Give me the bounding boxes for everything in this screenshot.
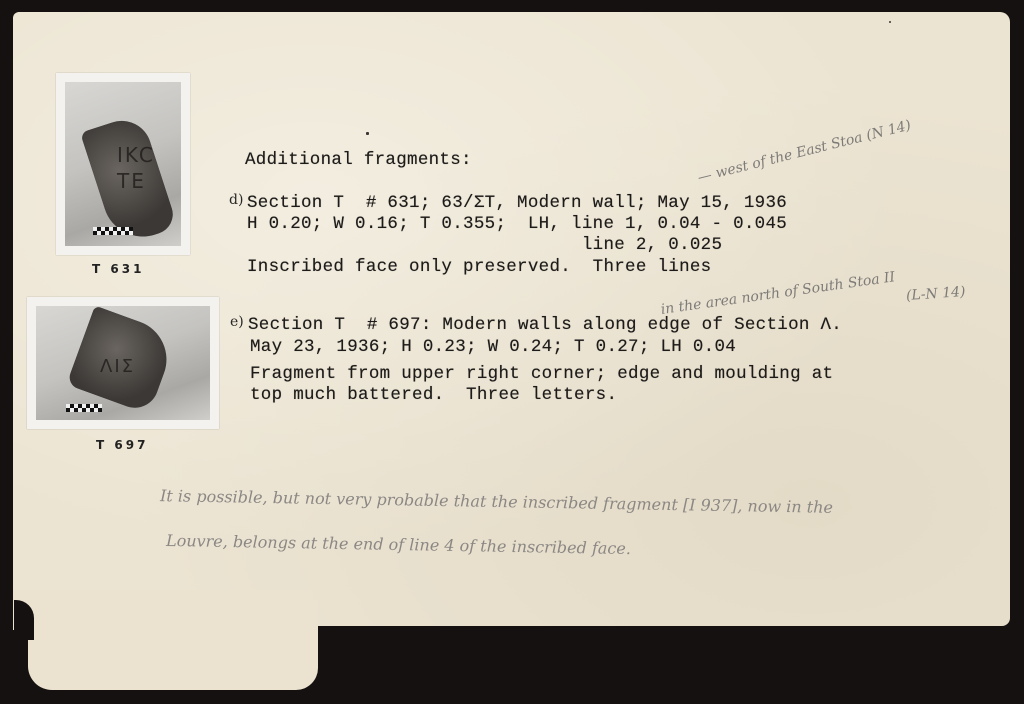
fragment-inscription-t631: IKC TE [117,142,155,194]
entry-e-line-3: Fragment from upper right corner; edge a… [250,364,833,384]
photo-scale-bar [66,404,102,412]
paper-speck [366,132,369,135]
card-heading: Additional fragments: [245,150,472,170]
photo-scale-bar [93,227,133,235]
photo-label-t631: T 631 [92,262,144,276]
entry-e-line-1: Section T # 697: Modern walls along edge… [248,315,842,335]
photo-t631-image: IKC TE [65,82,181,246]
photo-t631: IKC TE [56,73,190,255]
entry-marker-d: d) [229,192,243,208]
fragment-inscription-t697: ΛΙΣ [100,356,135,377]
entry-d-line-3: line 2, 0.025 [247,235,722,255]
entry-d-line-1: Section T # 631; 63/ΣT, Modern wall; May… [247,193,787,213]
paper-speck [889,21,891,23]
entry-marker-e: e) [230,314,244,330]
entry-e-line-2: May 23, 1936; H 0.23; W 0.24; T 0.27; LH… [250,337,736,357]
entry-d-line-2: H 0.20; W 0.16; T 0.355; LH, line 1, 0.0… [247,214,787,234]
card-tab-bottom [28,600,318,690]
entry-e-line-4: top much battered. Three letters. [250,385,617,405]
entry-d-line-4: Inscribed face only preserved. Three lin… [247,257,711,277]
photo-t697: ΛΙΣ [27,297,219,429]
photo-t697-image: ΛΙΣ [36,306,210,420]
photo-label-t697: T 697 [96,438,148,452]
